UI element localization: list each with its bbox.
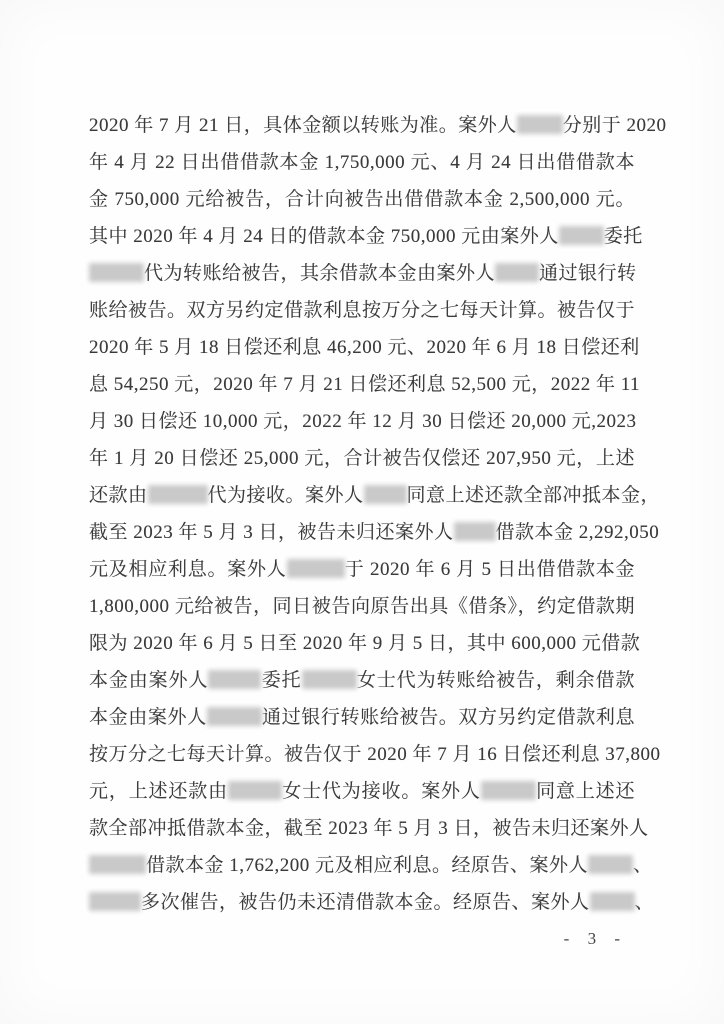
redacted-name: [559, 226, 604, 245]
text-segment: 金 750,000 元给被告，合计向被告出借借款本金 2,500,000 元。: [89, 189, 635, 210]
text-line: 账给被告。双方另约定借款利息按万分之七每天计算。被告仅于: [89, 292, 635, 329]
text-line: 2020 年 7 月 21 日，具体金额以转账为准。案外人分别于 2020: [89, 107, 635, 144]
text-line: 元，上述还款由女士代为接收。案外人同意上述还: [89, 773, 635, 810]
text-line: 元及相应利息。案外人于 2020 年 6 月 5 日出借借款本金: [89, 551, 635, 588]
text-segment: 账给被告。双方另约定借款利息按万分之七每天计算。被告仅于: [89, 300, 635, 321]
text-segment: 代为接收。案外人: [208, 485, 364, 506]
text-segment: 代为转账给被告，其余借款本金由案外人: [144, 263, 495, 284]
text-segment: 委托: [261, 670, 301, 691]
text-segment: 通过银行转账给被告。双方另约定借款利息: [262, 707, 635, 728]
text-segment: 、: [635, 892, 655, 913]
redacted-name: [364, 485, 407, 504]
text-segment: 月 30 日偿还 10,000 元，2022 年 12 月 30 日偿还 20,…: [89, 411, 637, 432]
redacted-name: [590, 892, 635, 911]
text-segment: 截至 2023 年 5 月 3 日，被告未归还案外人: [89, 522, 454, 543]
redacted-name: [228, 781, 282, 800]
text-line: 款全部冲抵借款本金，截至 2023 年 5 月 3 日，被告未归还案外人: [89, 810, 635, 847]
text-line: 按万分之七每天计算。被告仅于 2020 年 7 月 16 日偿还利息 37,80…: [89, 736, 635, 773]
text-line: 多次催告，被告仍未还清借款本金。经原告、案外人、: [89, 884, 635, 921]
text-segment: 于 2020 年 6 月 5 日出借借款本金: [345, 559, 635, 580]
text-segment: 元及相应利息。案外人: [89, 559, 287, 580]
text-segment: 通过银行转: [539, 263, 637, 284]
text-segment: 借款本金 2,292,050: [496, 522, 660, 543]
text-line: 借款本金 1,762,200 元及相应利息。经原告、案外人、: [89, 847, 635, 884]
text-line: 本金由案外人通过银行转账给被告。双方另约定借款利息: [89, 699, 635, 736]
redacted-name: [588, 855, 633, 874]
text-segment: 年 1 月 20 日偿还 25,000 元，合计被告仅偿还 207,950 元，…: [89, 448, 635, 469]
text-segment: 多次催告，被告仍未还清借款本金。经原告、案外人: [141, 892, 590, 913]
redacted-name: [302, 670, 357, 689]
text-segment: 同意上述还款全部冲抵本金，: [407, 485, 661, 506]
redacted-name: [287, 559, 345, 578]
text-segment: 分别于 2020: [563, 115, 667, 136]
text-segment: 限为 2020 年 6 月 5 日至 2020 年 9 月 5 日，其中 600…: [89, 633, 640, 654]
redacted-name: [495, 263, 539, 282]
text-segment: 按万分之七每天计算。被告仅于 2020 年 7 月 16 日偿还利息 37,80…: [89, 744, 661, 765]
text-segment: 1,800,000 元给被告，同日被告向原告出具《借条》，约定借款期: [89, 596, 635, 617]
redacted-name: [89, 263, 144, 282]
page-number: - 3 -: [89, 929, 635, 949]
text-segment: 同意上述还: [536, 781, 635, 802]
text-segment: 年 4 月 22 日出借借款本金 1,750,000 元、4 月 24 日出借借…: [89, 152, 635, 173]
redacted-name: [89, 892, 141, 911]
text-segment: 、: [633, 855, 653, 876]
text-line: 代为转账给被告，其余借款本金由案外人通过银行转: [89, 255, 635, 292]
text-segment: 款全部冲抵借款本金，截至 2023 年 5 月 3 日，被告未归还案外人: [89, 818, 649, 839]
text-segment: 借款本金 1,762,200 元及相应利息。经原告、案外人: [146, 855, 588, 876]
redacted-name: [454, 522, 496, 541]
text-line: 本金由案外人委托女士代为转账给被告，剩余借款: [89, 662, 635, 699]
text-line: 息 54,250 元，2020 年 7 月 21 日偿还利息 52,500 元，…: [89, 366, 635, 403]
redacted-name: [481, 781, 536, 800]
redacted-name: [208, 670, 261, 689]
text-line: 1,800,000 元给被告，同日被告向原告出具《借条》，约定借款期: [89, 588, 635, 625]
text-segment: 2020 年 7 月 21 日，具体金额以转账为准。案外人: [89, 115, 517, 136]
text-segment: 委托: [604, 226, 643, 247]
text-line: 限为 2020 年 6 月 5 日至 2020 年 9 月 5 日，其中 600…: [89, 625, 635, 662]
text-segment: 女士代为转账给被告，剩余借款: [357, 670, 635, 691]
text-line: 金 750,000 元给被告，合计向被告出借借款本金 2,500,000 元。: [89, 181, 635, 218]
text-segment: 本金由案外人: [89, 670, 208, 691]
document-page: 2020 年 7 月 21 日，具体金额以转账为准。案外人分别于 2020年 4…: [0, 0, 724, 1024]
text-line: 年 4 月 22 日出借借款本金 1,750,000 元、4 月 24 日出借借…: [89, 144, 635, 181]
text-line: 2020 年 5 月 18 日偿还利息 46,200 元、2020 年 6 月 …: [89, 329, 635, 366]
document-body: 2020 年 7 月 21 日，具体金额以转账为准。案外人分别于 2020年 4…: [89, 107, 635, 921]
text-segment: 元，上述还款由: [89, 781, 228, 802]
text-segment: 其中 2020 年 4 月 24 日的借款本金 750,000 元由案外人: [89, 226, 559, 247]
redacted-name: [89, 855, 146, 874]
text-segment: 息 54,250 元，2020 年 7 月 21 日偿还利息 52,500 元，…: [89, 374, 640, 395]
text-line: 月 30 日偿还 10,000 元，2022 年 12 月 30 日偿还 20,…: [89, 403, 635, 440]
redacted-name: [517, 115, 563, 134]
text-line: 还款由代为接收。案外人同意上述还款全部冲抵本金，: [89, 477, 635, 514]
text-segment: 2020 年 5 月 18 日偿还利息 46,200 元、2020 年 6 月 …: [89, 337, 640, 358]
text-line: 其中 2020 年 4 月 24 日的借款本金 750,000 元由案外人委托: [89, 218, 635, 255]
text-line: 截至 2023 年 5 月 3 日，被告未归还案外人借款本金 2,292,050: [89, 514, 635, 551]
redacted-name: [148, 485, 208, 504]
text-segment: 还款由: [89, 485, 148, 506]
text-segment: 本金由案外人: [89, 707, 207, 728]
text-line: 年 1 月 20 日偿还 25,000 元，合计被告仅偿还 207,950 元，…: [89, 440, 635, 477]
redacted-name: [207, 707, 262, 726]
text-segment: 女士代为接收。案外人: [282, 781, 481, 802]
